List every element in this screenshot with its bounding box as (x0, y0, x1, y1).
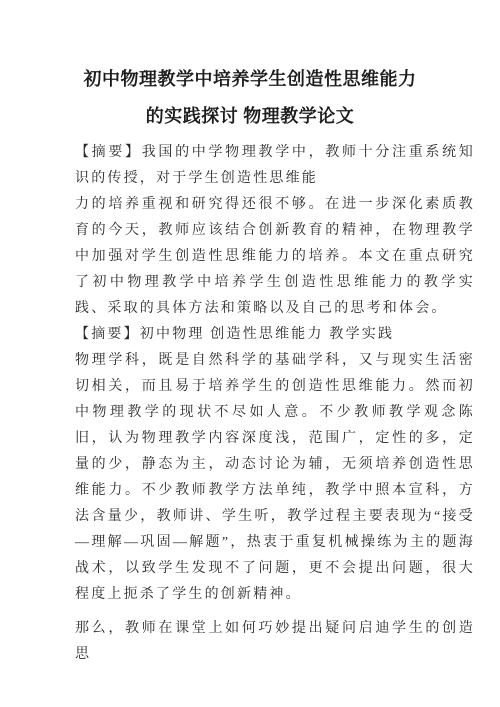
abstract-continuation-paragraph: 力的培养重视和研究得还很不够。在进一步深化素质教育的今天，教师应该结合创新教育的… (75, 192, 475, 322)
page-title: 初中物理教学中培养学生创造性思维能力 的实践探讨 物理教学论文 (10, 61, 490, 135)
keywords-paragraph: 【摘要】初中物理 创造性思维能力 教学实践 (75, 322, 475, 348)
introduction-paragraph: 物理学科，既是自然科学的基础学科，又与现实生活密切相关，而且易于培养学生的创造性… (75, 348, 475, 608)
abstract-lead-paragraph: 【摘要】我国的中学物理教学中，教师十分注重系统知识的传授，对于学生创造性思维能 (75, 140, 475, 192)
document-body: 【摘要】我国的中学物理教学中，教师十分注重系统知识的传授，对于学生创造性思维能 … (75, 140, 475, 668)
title-line-1: 初中物理教学中培养学生创造性思维能力 (10, 61, 490, 98)
question-lead-paragraph: 那么，教师在课堂上如何巧妙提出疑问启迪学生的创造思 (75, 616, 475, 668)
document-page: 初中物理教学中培养学生创造性思维能力 的实践探讨 物理教学论文 【摘要】我国的中… (0, 0, 500, 707)
title-line-2: 的实践探讨 物理教学论文 (10, 98, 490, 135)
